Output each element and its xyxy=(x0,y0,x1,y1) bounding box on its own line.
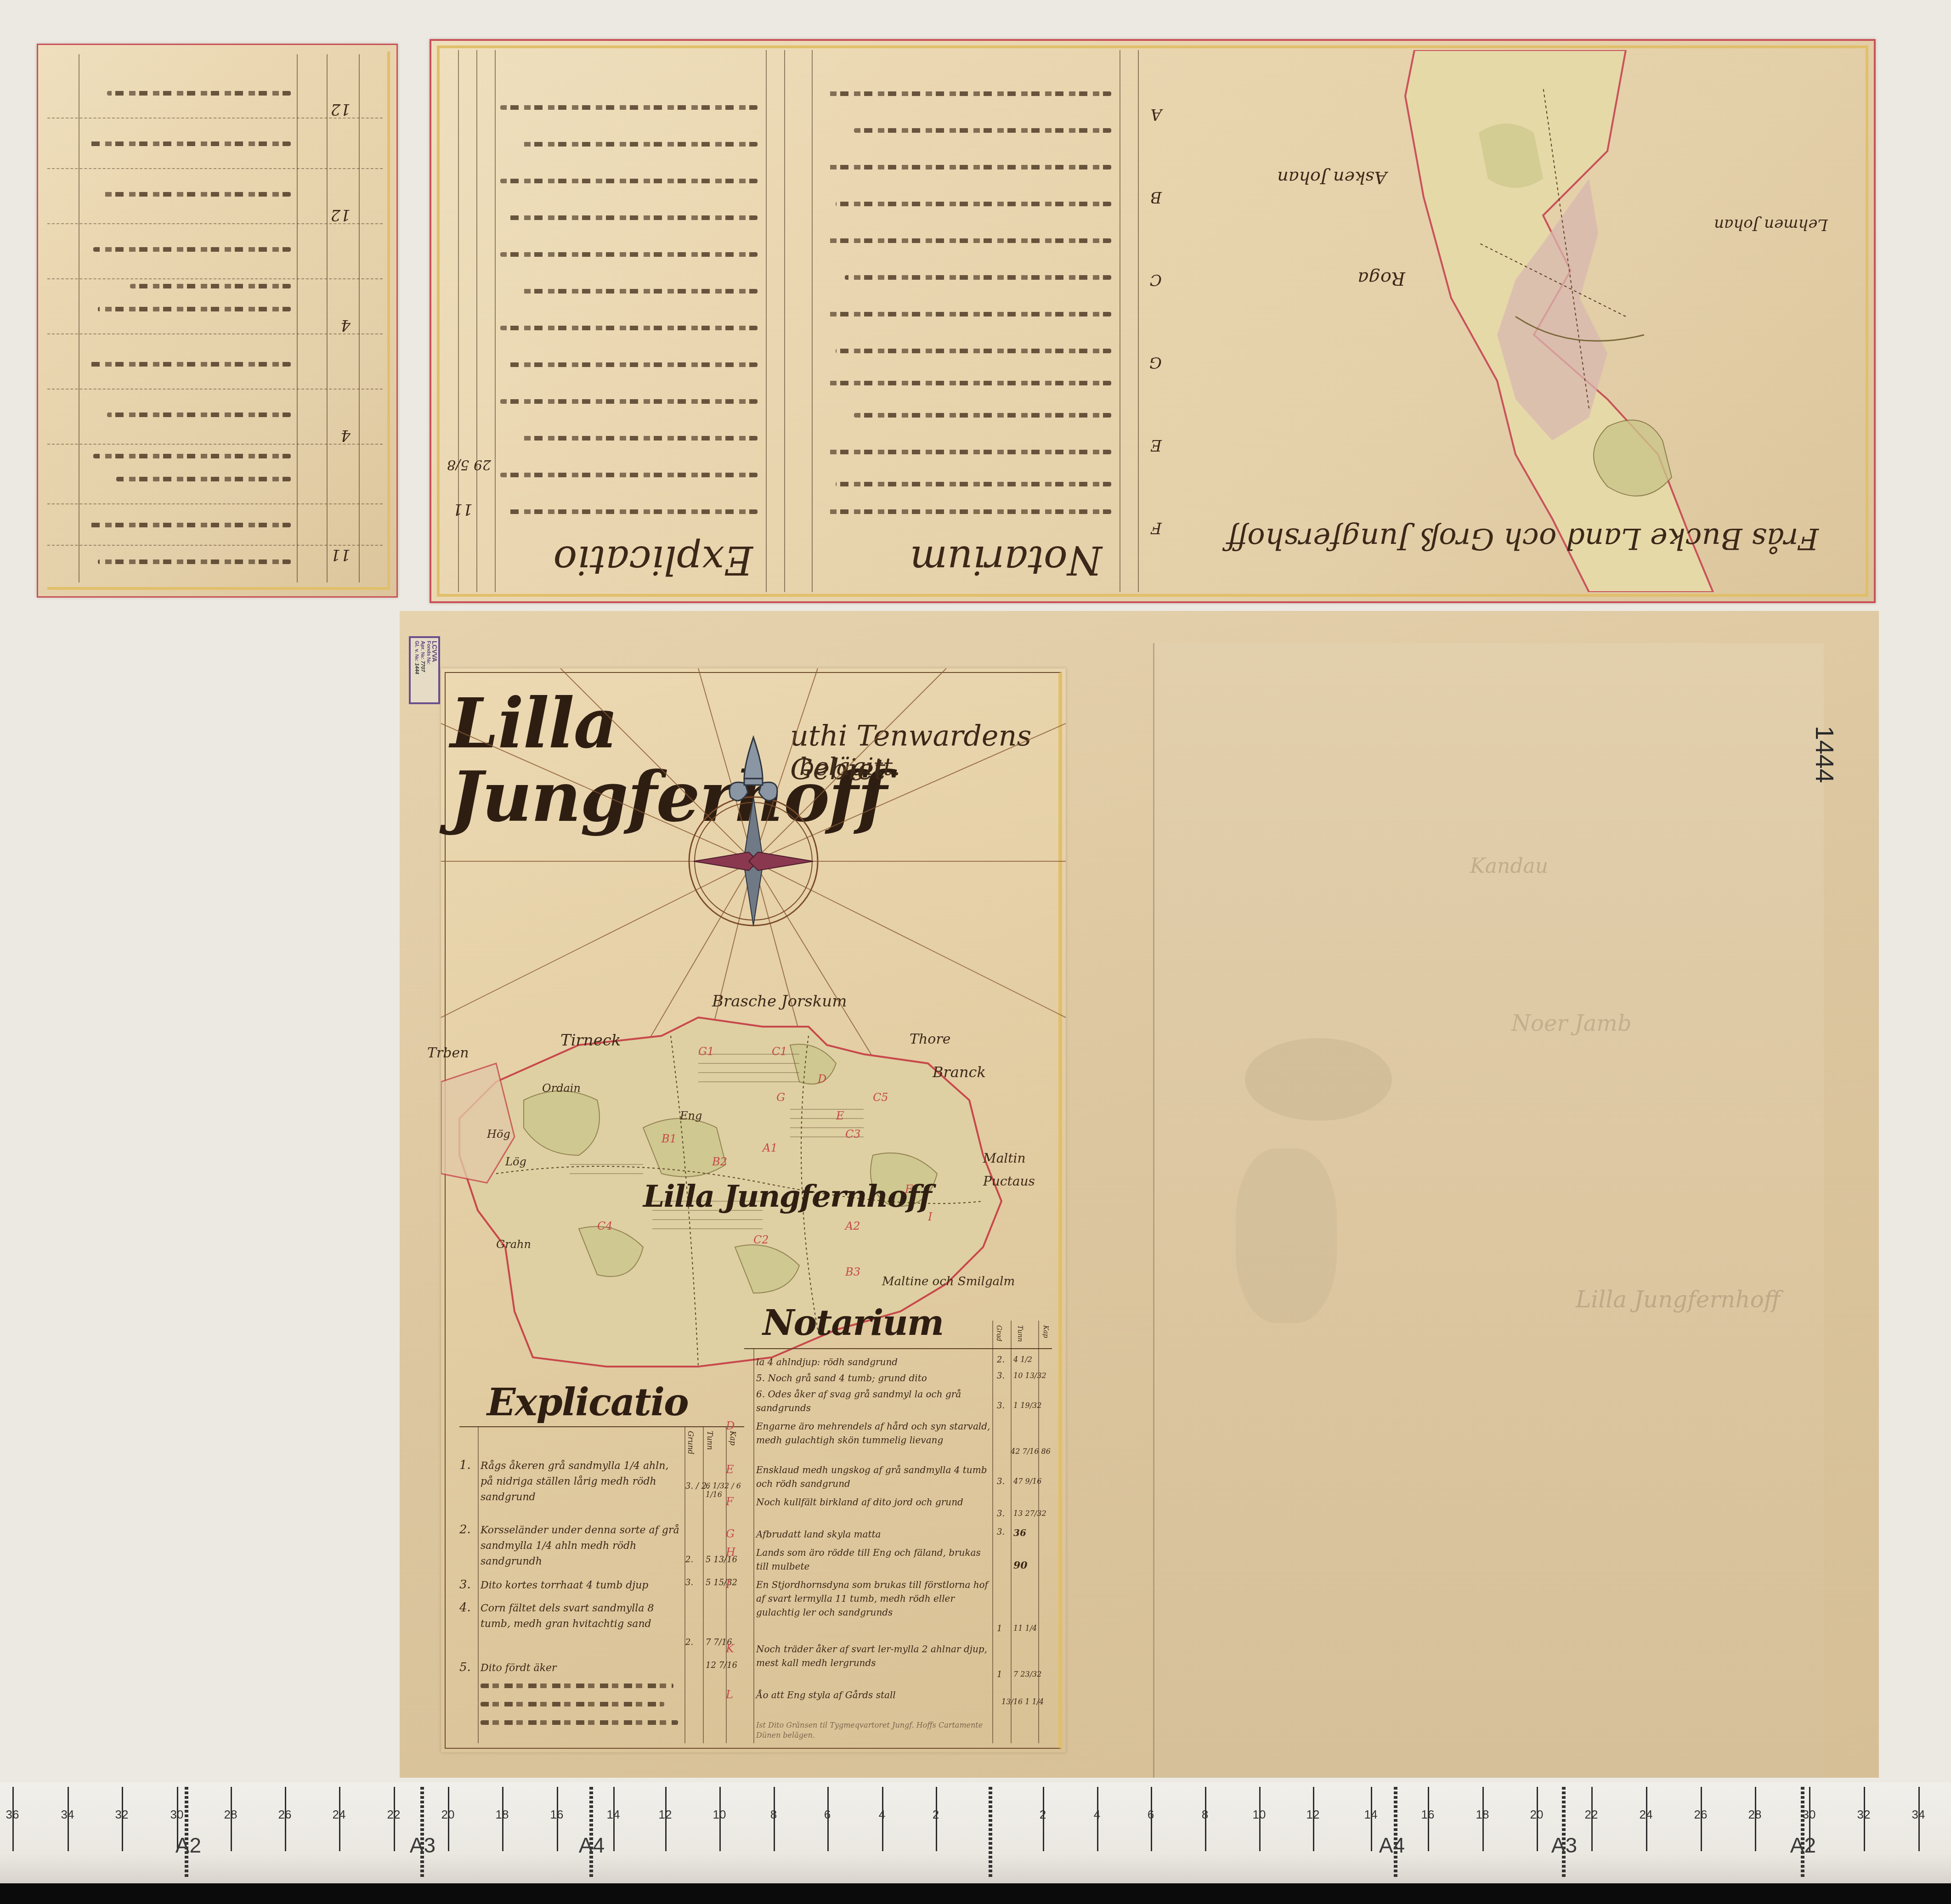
upper-map-title: Frås Bucke Land och Groß Jungfershoff xyxy=(1227,521,1819,555)
row-letter: H xyxy=(726,1546,735,1559)
row-text: Ensklaud medh ungskog af grå sandmylla 4… xyxy=(756,1463,990,1491)
notarium-col-header: Kap xyxy=(1042,1325,1049,1338)
row-value: 13 27/32 xyxy=(1013,1509,1046,1518)
upper-map-area: Frås Bucke Land och Groß Jungfershoff Le… xyxy=(1157,50,1865,592)
ruler-tick-label: 8 xyxy=(770,1808,777,1822)
ruler-tick-label: 26 xyxy=(1694,1808,1708,1822)
measurement-ruler: 36 34 32 30 28 26 24 22 20 18 16 14 12 1… xyxy=(0,1782,1951,1883)
ruler-tick-label: 22 xyxy=(1585,1808,1598,1822)
notarium-heading: Notarium xyxy=(763,1302,943,1343)
row-text: Engarne äro mehrendels af hård och syn s… xyxy=(756,1419,990,1447)
ruler-tick-label: 32 xyxy=(1857,1808,1871,1822)
stamp-apr-value: 7707 xyxy=(420,661,425,672)
paper-size-label: A2 xyxy=(175,1833,201,1858)
ruler-tick-label: 28 xyxy=(224,1808,238,1822)
parcel-code: D xyxy=(818,1073,826,1085)
parcel-code: G1 xyxy=(698,1045,714,1058)
left-strip-value: 12 xyxy=(331,100,351,119)
row-number: 2. xyxy=(459,1523,471,1537)
row-text: Noch kullfält birkland af dito jord och … xyxy=(756,1495,990,1509)
ruler-tick-label: 32 xyxy=(115,1808,129,1822)
paper-size-label: A4 xyxy=(1379,1833,1405,1858)
paper-size-label: A2 xyxy=(1790,1833,1816,1858)
ruler-tick-label: 18 xyxy=(496,1808,509,1822)
left-strip-value: 4 xyxy=(340,426,351,445)
row-text: Dito fördt äker xyxy=(481,1661,683,1676)
row-letter: L xyxy=(726,1688,733,1701)
ruler-tick-label: 4 xyxy=(879,1808,885,1822)
notarium-col-header: Tunn xyxy=(1016,1325,1024,1342)
upper-map-label: Lehmen Johan xyxy=(1714,215,1828,234)
main-map-sheet: Lilla Jungferhoff uthi Tenwardens Gebiet… xyxy=(441,668,1066,1752)
parcel-code: A1 xyxy=(763,1141,778,1154)
ruler-tick-label: 30 xyxy=(170,1808,184,1822)
stamp-apr-label: Apr. №: xyxy=(420,641,425,659)
paper-size-label: A3 xyxy=(410,1833,435,1858)
ruler-tick-label: 36 xyxy=(6,1808,19,1822)
row-letter: A xyxy=(1150,105,1162,124)
field-label: Eng xyxy=(680,1109,702,1122)
stamp-archive: LCVVA xyxy=(431,641,437,705)
row-letter: D xyxy=(726,1419,735,1432)
row-number: 4. xyxy=(459,1601,471,1615)
row-text: Lands som äro rödde till Eng och fäland,… xyxy=(756,1546,990,1573)
parcel-code: B1 xyxy=(662,1132,677,1145)
row-grade: 1 xyxy=(997,1624,1002,1633)
row-value: 5 15/32 xyxy=(706,1578,737,1588)
row-text: En Stjordhornsdyna som brukas till först… xyxy=(756,1578,990,1619)
ruler-tick-label: 2 xyxy=(933,1808,939,1822)
ruler-tick-label: 20 xyxy=(441,1808,455,1822)
bleed-through-text: Lilla Jungfernhoff xyxy=(1576,1286,1780,1313)
row-value: 6 1/32 / 6 1/16 xyxy=(706,1481,742,1499)
sheet-number: 1444 xyxy=(1810,726,1840,783)
ruler-tick-label: 12 xyxy=(659,1808,672,1822)
parcel-code: A2 xyxy=(845,1220,860,1232)
parcel-code: F xyxy=(905,1183,913,1196)
ruler-tick-label: 28 xyxy=(1748,1808,1762,1822)
field-label: Ordain xyxy=(542,1082,581,1095)
row-value: 7 23/32 xyxy=(1013,1670,1041,1678)
ruler-tick-label: 18 xyxy=(1476,1808,1489,1822)
ruler-tick-label: 20 xyxy=(1530,1808,1544,1822)
left-strip-value: 12 xyxy=(331,206,351,224)
row-letter: B xyxy=(1150,188,1162,206)
row-letter: G xyxy=(1149,353,1162,372)
row-text: la 4 ahlndjup: rödh sandgrund xyxy=(756,1355,990,1369)
ruler-tick-label: 34 xyxy=(61,1808,74,1822)
stamp-fonds-label: Fonds №: xyxy=(426,641,431,665)
label-west: Trben xyxy=(427,1045,469,1061)
ruler-tick-label: 26 xyxy=(278,1808,292,1822)
upper-explicatio-heading: Explicatio xyxy=(553,537,753,583)
ruler-tick-label: 2 xyxy=(1040,1808,1046,1822)
parcel-code: B3 xyxy=(845,1266,860,1278)
row-grade: 2. xyxy=(997,1355,1005,1365)
upper-ledger: Notarium Explicatio xyxy=(441,50,1148,592)
ruler-tick-label: 6 xyxy=(824,1808,831,1822)
parcel-code: C5 xyxy=(873,1091,888,1104)
ruler-tick-label: 14 xyxy=(1364,1808,1378,1822)
paper-size-label: A3 xyxy=(1551,1833,1577,1858)
ruler-tick-label: 4 xyxy=(1094,1808,1100,1822)
parcel-code: C2 xyxy=(753,1233,769,1246)
row-text: Dito kortes torrhaat 4 tumb djup xyxy=(481,1578,683,1593)
ruler-tick-label: 24 xyxy=(1640,1808,1653,1822)
row-value: 13/16 1 1/4 xyxy=(1001,1697,1047,1706)
explicatio-col-header: Grund xyxy=(686,1431,695,1454)
row-number: 3. xyxy=(459,1578,471,1592)
row-letter: F xyxy=(1151,519,1162,537)
explicatio-col-header: Tunn xyxy=(706,1431,714,1450)
row-value: 36 xyxy=(1013,1527,1026,1538)
parcel-code: E xyxy=(836,1109,844,1122)
row-number: 5. xyxy=(459,1661,471,1674)
row-value: 42 7/16 86 xyxy=(1011,1447,1052,1456)
parcel-code: G xyxy=(776,1091,785,1104)
label-northeast-1: Thore xyxy=(910,1031,951,1047)
left-strip-value: 4 xyxy=(340,316,351,334)
label-north: Brasche Jorskum xyxy=(712,992,847,1011)
row-value: 10 13/32 xyxy=(1013,1371,1046,1380)
row-number: 1. xyxy=(459,1458,471,1472)
bleed-through-text: Kandau xyxy=(1470,854,1548,878)
bleed-through-text: Noer Jamb xyxy=(1511,1011,1632,1036)
paper-size-label: A4 xyxy=(579,1833,605,1858)
row-grade: 1 xyxy=(997,1670,1002,1679)
row-letter: I xyxy=(726,1578,730,1591)
row-value: 12 7/16 xyxy=(706,1661,737,1670)
map-center-label: Lilla Jungfernhoff xyxy=(643,1178,931,1214)
row-value: 4 1/2 xyxy=(1013,1355,1032,1364)
parcel-code: B2 xyxy=(712,1155,727,1168)
row-text: Afbrudatt land skyla matta xyxy=(756,1527,990,1541)
notarium-col-header: Grad xyxy=(995,1325,1002,1341)
ruler-tick-label: 6 xyxy=(1148,1808,1154,1822)
row-text: Rågs åkeren grå sandmylla 1/4 ahln, på n… xyxy=(481,1458,683,1505)
upper-sheet: Frås Bucke Land och Groß Jungfershoff Le… xyxy=(430,39,1876,603)
row-text: Åo att Eng styla af Gårds stall xyxy=(756,1688,990,1702)
parcel-code: C4 xyxy=(597,1220,613,1232)
notarium-table: Notarium Grad Tunn Kap la 4 ahlndjup: rö… xyxy=(744,1321,1052,1743)
ruler-tick-label: 12 xyxy=(1306,1808,1320,1822)
row-grade: 2. xyxy=(685,1555,693,1565)
row-text: Noch träder åker af svart ler-mylla 2 ah… xyxy=(756,1642,990,1670)
row-grade: 3. xyxy=(997,1371,1005,1381)
row-letter: E xyxy=(726,1463,734,1476)
upper-map-label: Roga xyxy=(1357,268,1405,289)
row-grade: 3. xyxy=(997,1509,1005,1519)
field-label: Grahn xyxy=(496,1238,531,1251)
upper-value: 11 xyxy=(453,500,473,519)
explicatio-col-header: Kap xyxy=(729,1431,737,1446)
row-text: Corn fältet dels svart sandmylla 8 tumb,… xyxy=(481,1601,683,1632)
label-northwest: Tirneck xyxy=(560,1031,621,1050)
scanner-edge xyxy=(0,1883,1951,1904)
row-value: 47 9/16 xyxy=(1013,1477,1041,1486)
row-letter: C xyxy=(1150,271,1162,289)
parcel-code: C3 xyxy=(845,1128,861,1141)
left-strip-value: 11 xyxy=(331,546,351,564)
row-grade: 3. xyxy=(997,1527,1005,1537)
row-text: 6. Odes åker af svag grå sandmyl la och … xyxy=(756,1387,990,1415)
ruler-tick-label: 34 xyxy=(1912,1808,1925,1822)
parcel-code: C1 xyxy=(772,1045,787,1058)
label-south: Maltine och Smilgalm xyxy=(882,1275,1015,1288)
ruler-tick-label: 10 xyxy=(1253,1808,1266,1822)
ruler-tick-label: 14 xyxy=(607,1808,620,1822)
label-northeast-2: Branck xyxy=(933,1063,986,1081)
ruler-tick-label: 8 xyxy=(1202,1808,1208,1822)
row-grade: 3. xyxy=(997,1477,1005,1486)
back-sheet: Kandau Noer Jamb Lilla Jungfernhoff xyxy=(1153,643,1824,1778)
stamp-glv-label: Gl. v. №: xyxy=(414,641,419,661)
sheet-number-text: 1444 xyxy=(1810,726,1839,783)
upper-sheet-content: Frås Bucke Land och Groß Jungfershoff Le… xyxy=(441,50,1865,592)
row-text: Korsseländer under denna sorte af grå sa… xyxy=(481,1523,683,1570)
stamp-glv-value: 1444 xyxy=(414,663,419,674)
left-ledger-strip: 11 4 4 12 12 xyxy=(37,44,398,598)
ruler-tick-label: 16 xyxy=(550,1808,564,1822)
row-letter: K xyxy=(726,1642,734,1655)
label-east-2: Puctaus xyxy=(983,1174,1035,1189)
row-value: 1 19/32 xyxy=(1013,1401,1041,1410)
row-value: 90 xyxy=(1013,1559,1028,1571)
label-east-1: Maltin xyxy=(983,1151,1026,1166)
upper-value: 29 5/8 xyxy=(447,457,491,473)
upper-map-label: Asken Johan xyxy=(1277,168,1387,188)
row-grade: 2. xyxy=(685,1638,693,1647)
row-grade: 3. xyxy=(685,1578,693,1588)
field-label: Hög xyxy=(487,1128,510,1141)
explicatio-heading: Explicatio xyxy=(487,1380,688,1424)
archive-stamp: LCVVA Fonds №: Apr. №: 7707 Gl. v. №: 14… xyxy=(409,636,440,704)
left-ledger-content: 11 4 4 12 12 xyxy=(47,54,383,582)
ruler-tick-label: 22 xyxy=(387,1808,401,1822)
ruler-center-mark xyxy=(989,1787,992,1879)
parcel-code: I xyxy=(928,1210,932,1223)
row-text: 5. Noch grå sand 4 tumb; grund dito xyxy=(756,1371,990,1385)
explicatio-table: Explicatio Grund Tunn Kap 1. Rågs åkeren… xyxy=(459,1390,744,1743)
row-letter: E xyxy=(1150,436,1162,454)
notarium-footnote: Ist Dito Gränsen til Tygmeqvartoret Jung… xyxy=(756,1720,990,1740)
ruler-tick-label: 24 xyxy=(333,1808,346,1822)
ruler-tick-label: 10 xyxy=(713,1808,726,1822)
row-value: 11 1/4 xyxy=(1013,1624,1037,1633)
row-letter: G xyxy=(726,1527,735,1540)
field-label: Lög xyxy=(505,1155,526,1168)
row-letter: F xyxy=(726,1495,734,1508)
ruler-tick-label: 16 xyxy=(1421,1808,1435,1822)
upper-map-svg xyxy=(1157,50,1865,592)
row-grade: 3. xyxy=(997,1401,1005,1411)
upper-notarium-heading: Notarium xyxy=(910,537,1102,583)
